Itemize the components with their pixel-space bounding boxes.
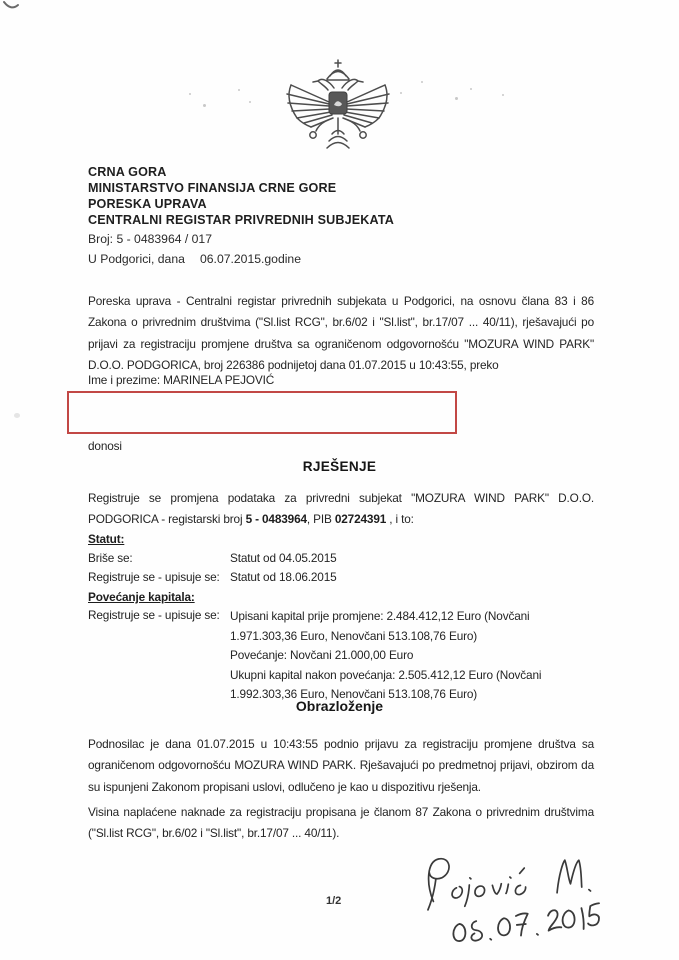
administration-name: PORESKA UPRAVA [88, 196, 488, 212]
scan-speckle [249, 101, 251, 103]
place-date-line: U Podgorici, dana 06.07.2015.godine [88, 251, 488, 268]
intro-paragraph: Poreska uprava - Centralni registar priv… [88, 291, 594, 377]
document-header: CRNA GORA MINISTARSTVO FINANSIJA CRNE GO… [88, 164, 488, 268]
statut-row-delete-label: Briše se: [88, 551, 133, 565]
donosi-line: donosi [88, 439, 122, 453]
decision-paragraph: Registruje se promjena podataka za privr… [88, 488, 594, 531]
scan-artifact-corner-mark [2, 0, 22, 14]
capital-values-block: Upisani kapital prije promjene: 2.484.41… [230, 607, 610, 705]
statut-row-register-value: Statut od 18.06.2015 [230, 570, 337, 584]
decision-title: RJEŠENJE [0, 459, 679, 474]
pib-number: 02724391 [335, 512, 386, 526]
submitter-name-line: Ime i prezime: MARINELA PEJOVIĆ [88, 373, 274, 387]
capital-line: Povećanje: Novčani 21.000,00 Euro [230, 646, 610, 666]
capital-line: 1.971.303,36 Euro, Nenovčani 513.108,76 … [230, 627, 610, 647]
scan-speckle [470, 88, 472, 90]
explanation-paragraph-1: Podnosilac je dana 01.07.2015 u 10:43:55… [88, 734, 594, 798]
explanation-paragraph-2: Visina naplaćene naknade za registraciju… [88, 802, 594, 845]
document-date: 06.07.2015.godine [200, 251, 301, 268]
country-name: CRNA GORA [88, 164, 488, 180]
scan-speckle [14, 413, 20, 418]
decision-text-end: , i to: [386, 512, 414, 526]
capital-register-label: Registruje se - upisuje se: [88, 608, 220, 622]
montenegro-coat-of-arms-icon [282, 58, 394, 160]
redaction-box [67, 391, 457, 434]
scan-speckle [400, 92, 402, 94]
registry-number: 5 - 0483964 [246, 512, 307, 526]
capital-line: Ukupni kapital nakon povećanja: 2.505.41… [230, 666, 610, 686]
explanation-title: Obrazloženje [0, 698, 679, 714]
case-number-line: Broj: 5 - 0483964 / 017 [88, 231, 488, 248]
scan-speckle [502, 94, 504, 96]
scan-speckle [421, 81, 423, 83]
capital-heading: Povećanje kapitala: [88, 590, 195, 604]
page-number: 1/2 [326, 895, 341, 907]
scan-speckle [455, 97, 458, 100]
ministry-name: MINISTARSTVO FINANSIJA CRNE GORE [88, 180, 488, 196]
statut-row-delete-value: Statut od 04.05.2015 [230, 551, 337, 565]
statut-heading: Statut: [88, 532, 124, 546]
place-label: U Podgorici, dana [88, 252, 185, 266]
registry-name: CENTRALNI REGISTAR PRIVREDNIH SUBJEKATA [88, 212, 488, 228]
scan-speckle [189, 93, 191, 95]
pib-separator: , PIB [307, 512, 335, 526]
statut-row-register-label: Registruje se - upisuje se: [88, 570, 220, 584]
scanned-document-page: CRNA GORA MINISTARSTVO FINANSIJA CRNE GO… [0, 0, 679, 960]
scan-speckle [238, 89, 240, 91]
scan-speckle [203, 104, 206, 107]
capital-line: Upisani kapital prije promjene: 2.484.41… [230, 607, 610, 627]
